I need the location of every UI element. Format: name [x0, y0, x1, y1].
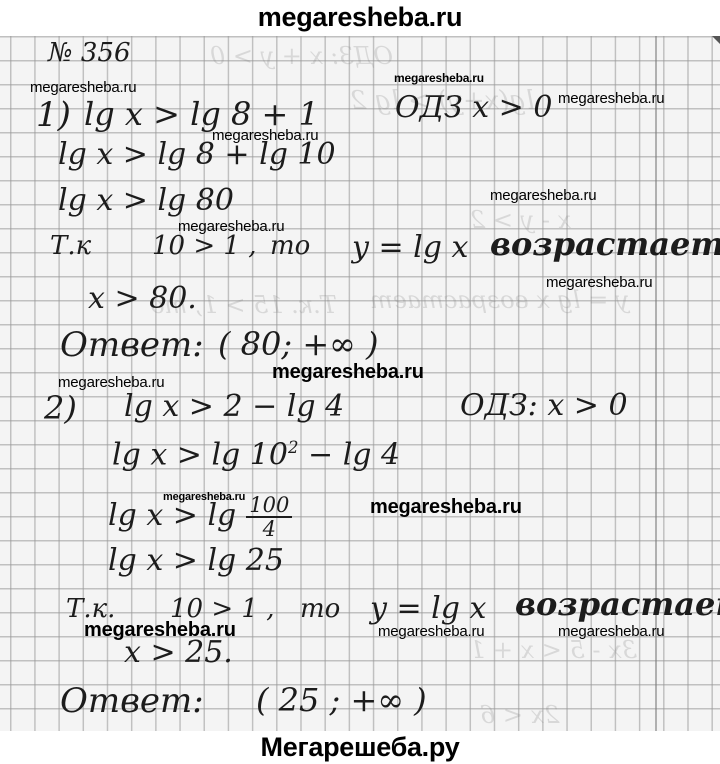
bleed-through-text: 2x < 6 — [480, 701, 559, 729]
part2-answer-value: ( 25 ; +∞ ) — [256, 684, 427, 716]
site-header: megaresheba.ru — [0, 0, 720, 36]
part1-reason-prefix: Т.к — [50, 233, 91, 259]
part2-reason-to: то — [300, 596, 340, 622]
watermark: megaresheba.ru — [394, 72, 484, 84]
part2-reason-function: y = lg x — [370, 594, 486, 624]
watermark: megaresheba.ru — [490, 188, 596, 203]
part2-reason-conclusion: возрастает — [515, 588, 720, 620]
part1-domain: ОДЗ x > 0 — [395, 93, 552, 123]
part2-exponent: 2 — [288, 438, 299, 457]
part1-equation-3: lg x > lg 80 — [58, 186, 234, 216]
fraction-denominator: 4 — [246, 518, 292, 540]
part2-equation-1: lg x > 2 − lg 4 — [124, 392, 344, 422]
part2-label: 2) — [44, 392, 77, 424]
bleed-through-text: ОДЗ: x + y > 0 — [210, 42, 393, 70]
part1-label: 1) — [36, 98, 71, 132]
part1-answer-label: Ответ: — [60, 328, 204, 362]
watermark: megaresheba.ru — [558, 624, 664, 639]
part1-equation-2: lg x > lg 8 + lg 10 — [58, 140, 336, 170]
part2-equation-3-main: lg x > lg — [108, 498, 236, 533]
site-name: megaresheba.ru — [258, 2, 462, 32]
fraction: 1004 — [246, 494, 292, 540]
part1-reason-condition: 10 > 1 , — [152, 233, 256, 259]
part1-result: x > 80. — [88, 284, 197, 314]
part1-answer-value: ( 80; +∞ ) — [218, 328, 378, 360]
watermark: megaresheba.ru — [370, 497, 522, 517]
part2-domain: ОДЗ: x > 0 — [460, 391, 628, 421]
part2-equation-2-tail: − lg 4 — [298, 438, 400, 473]
corner-mark — [712, 36, 720, 44]
watermark: megaresheba.ru — [272, 362, 424, 382]
watermark: megaresheba.ru — [212, 128, 318, 143]
watermark: megaresheba.ru — [558, 91, 664, 106]
notebook-page: ОДЗ: x + y > 0 lg(x+y) > lg 2 x - y > 2 … — [0, 36, 720, 731]
part1-equation-1: lg x > lg 8 + 1 — [84, 98, 319, 130]
part2-equation-4: lg x > lg 25 — [108, 546, 284, 576]
watermark: megaresheba.ru — [163, 492, 245, 503]
watermark: megaresheba.ru — [178, 219, 284, 234]
part2-equation-2: lg x > lg 102 − lg 4 — [112, 440, 400, 471]
site-footer: Мегарешеба.ру — [0, 731, 720, 764]
bleed-through-text: 3x - 5 < x + 1 — [470, 636, 637, 664]
part1-reason-function: y = lg x — [352, 233, 468, 263]
site-name-cyrillic: Мегарешеба.ру — [261, 732, 460, 762]
part2-equation-2-main: lg x > lg 10 — [112, 438, 288, 473]
part2-answer-label: Ответ: — [60, 684, 204, 718]
watermark: megaresheba.ru — [58, 375, 164, 390]
part2-result: x > 25. — [124, 638, 233, 668]
watermark: megaresheba.ru — [546, 275, 652, 290]
part1-reason-to: то — [270, 233, 310, 259]
fraction-numerator: 100 — [246, 494, 292, 518]
watermark: megaresheba.ru — [30, 80, 136, 95]
watermark: megaresheba.ru — [84, 620, 236, 640]
problem-number: № 356 — [48, 40, 131, 66]
watermark: megaresheba.ru — [378, 624, 484, 639]
part1-reason-conclusion: возрастает — [490, 228, 720, 260]
